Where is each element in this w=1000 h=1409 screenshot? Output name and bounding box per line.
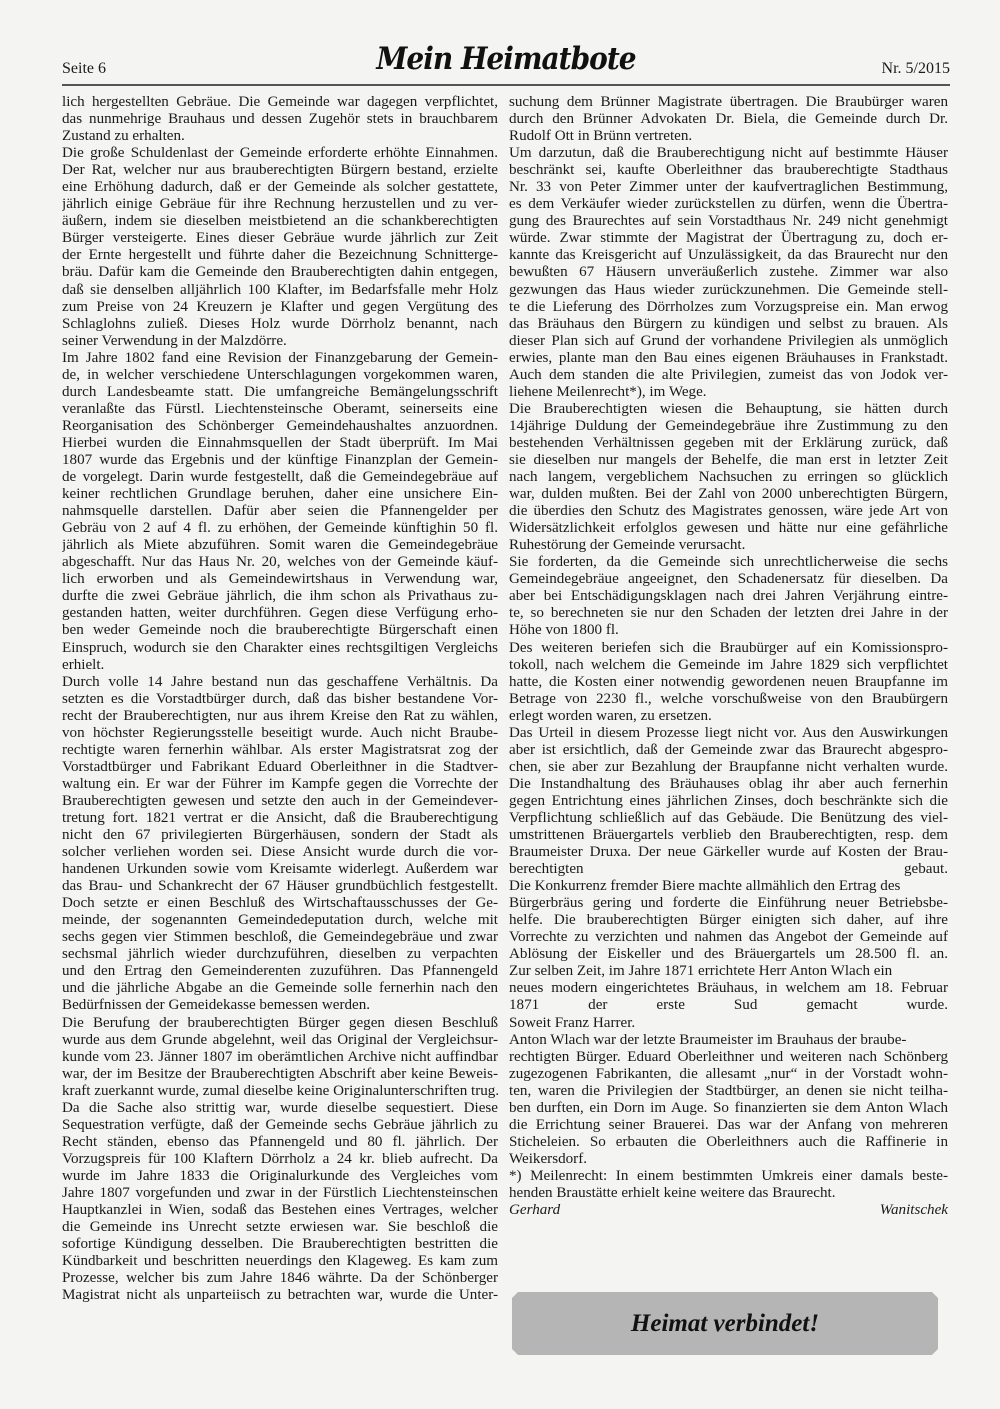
- text-line: Hauptkanzlei in Wien, sodaß das Bestehen…: [62, 1202, 498, 1219]
- text-line: te, so berechneten sie nur den Schaden d…: [509, 605, 948, 622]
- text-line: Doch setzte er einen Beschluß des Wirtsc…: [62, 895, 498, 912]
- text-line: gezwungen das Haus wieder zurückzunehmen…: [509, 282, 948, 299]
- text-line: Einspruch, wodurch sie den Charakter ein…: [62, 640, 498, 657]
- text-line: der Ernte hergestellt und führte daher d…: [62, 247, 498, 264]
- text-line: wurde aus dem Grunde abgelehnt, weil das…: [62, 1032, 498, 1049]
- page-header: Seite 6 Mein Heimatbote Nr. 5/2015: [62, 40, 950, 86]
- text-line: rechtigten Bürger. Eduard Oberleithner u…: [509, 1049, 948, 1066]
- text-line: eine Erhöhung dadurch, daß er der Gemein…: [62, 179, 498, 196]
- text-line: Die große Schuldenlast der Gemeinde erfo…: [62, 145, 498, 162]
- text-line: kannte das Kreisgericht auf Unzulässigke…: [509, 247, 948, 264]
- text-line: Bürger versteigerte. Eines dieser Gebräu…: [62, 230, 498, 247]
- text-line: henden Braustätte erhielt keine weitere …: [509, 1185, 948, 1202]
- text-line: dieser Plan sich auf Grund der vorhanden…: [509, 333, 948, 350]
- text-line: Rudolf Ott in Brünn vertreten.: [509, 128, 948, 145]
- text-line: Prozesse, welcher bis zum Jahre 1846 wäh…: [62, 1270, 498, 1287]
- text-line: waltung ein. Er war der Führer im Kampfe…: [62, 776, 498, 793]
- text-line: die Gemeinde ins Unrecht setzte erwiesen…: [62, 1219, 498, 1236]
- text-line: 1807 wurde das Ergebnis und der künftige…: [62, 452, 498, 469]
- text-line: kraft zuerkannt wurde, zumal dieselbe ke…: [62, 1083, 498, 1100]
- text-line: Schlaglohns zuließ. Dieses Holz wurde Dö…: [62, 316, 498, 333]
- text-line: gung des Braurechtes auf sein Vorstadtha…: [509, 213, 948, 230]
- text-line: Weikersdorf.: [509, 1151, 948, 1168]
- text-line: sie dieselben nur mangels der Behelfe, d…: [509, 452, 948, 469]
- text-line: äußern, indem sie dieselben meistbietend…: [62, 213, 498, 230]
- text-line: ben durften, ein Dorn im Auge. So finanz…: [509, 1100, 948, 1117]
- text-line: Zustand zu erhalten.: [62, 128, 498, 145]
- text-line: keiner rechtlichen Grundlage beruhen, da…: [62, 486, 498, 503]
- text-line: von höchster Regierungsstelle beseitigt …: [62, 725, 498, 742]
- text-line: erhielt.: [62, 657, 498, 674]
- text-line: Recht ständen, ebenso das Pfannengeld un…: [62, 1134, 498, 1151]
- article-column-left: lich hergestellten Gebräue. Die Gemeinde…: [62, 94, 498, 1304]
- masthead-logo: Mein Heimatbote: [62, 40, 950, 76]
- text-line: Gemeindegebräue angeeignet, den Schadene…: [509, 571, 948, 588]
- text-line: durfte die zwei Gebräue jährlich, die ih…: [62, 588, 498, 605]
- text-line: lich erworben und als Gemeindewirtshaus …: [62, 571, 498, 588]
- text-line: ten, waren die Privilegien der Stadtbürg…: [509, 1083, 948, 1100]
- text-line: Betrage von 2230 fl., welche vorschußwei…: [509, 691, 948, 708]
- text-line: Vorstadtbürger und Fabrikant Eduard Ober…: [62, 759, 498, 776]
- text-line: *) Meilenrecht: In einem bestimmten Umkr…: [509, 1168, 948, 1185]
- text-line: Anton Wlach war der letzte Braumeister i…: [509, 1032, 948, 1049]
- slogan-banner: Heimat verbindet!: [512, 1292, 938, 1355]
- text-line: erwies, plante man den Bau eines eigenen…: [509, 350, 948, 367]
- text-line: Brauberechtigten gewesen und setzte den …: [62, 793, 498, 810]
- text-line: umstrittenen Bräuergartels verblieb den …: [509, 827, 948, 844]
- text-line: de vorgelegt. Darin wurde festgestellt, …: [62, 469, 498, 486]
- issue-number: Nr. 5/2015: [882, 60, 950, 78]
- text-line: aber bei Entschädigungsklagen nach drei …: [509, 588, 948, 605]
- text-line: und die jährliche Abgabe an die Gemeinde…: [62, 980, 498, 997]
- text-line: ben weder Gemeinde noch die brauberechti…: [62, 622, 498, 639]
- text-line: durch den Brünner Advokaten Dr. Biela, d…: [509, 111, 948, 128]
- text-line: das Brau- und Schankrecht der 67 Häuser …: [62, 878, 498, 895]
- text-line: war, der im Besitze der Brauberechtigten…: [62, 1066, 498, 1083]
- text-line: erlegt worden waren, zu ersetzen.: [509, 708, 948, 725]
- text-line: Kündbarkeit und beschritten neuerdings d…: [62, 1253, 498, 1270]
- text-line: Bürgerbräus gering und forderte die Einf…: [509, 895, 948, 912]
- text-line: lich hergestellten Gebräue. Die Gemeinde…: [62, 94, 498, 111]
- text-line: neues modern eingerichtetes Bräuhaus, in…: [509, 980, 948, 997]
- text-line: Widersätzlichkeit erfolglos gewesen und …: [509, 520, 948, 537]
- text-line: gegen Entrichtung eines jährlichen Zinse…: [509, 793, 948, 810]
- author-signature: Gerhard Wanitschek: [509, 1202, 948, 1219]
- text-line: Die Brauberechtigten wiesen die Behauptu…: [509, 401, 948, 418]
- text-line: liehene Meilenrecht*), im Wege.: [509, 384, 948, 401]
- text-line: das nunmehrige Brauhaus und dessen Zugeh…: [62, 111, 498, 128]
- text-line: das Bräuhaus den Bürgern zu kündigen und…: [509, 316, 948, 333]
- text-line: handenen Urkunden sowie vom Kreisamte wi…: [62, 861, 498, 878]
- text-line: solcher verliehen worden sei. Diese Ansi…: [62, 844, 498, 861]
- text-line: jährlich als Miete abzuführen. Somit war…: [62, 537, 498, 554]
- text-line: Nr. 33 von Peter Zimmer unter der kaufve…: [509, 179, 948, 196]
- text-line: Durch volle 14 Jahre bestand nun das ges…: [62, 674, 498, 691]
- text-line: Zur selben Zeit, im Jahre 1871 errichtet…: [509, 963, 948, 980]
- text-line: Die Berufung der brauberechtigten Bürger…: [62, 1015, 498, 1032]
- text-line: tokoll, nach welchem die Gemeinde im Jah…: [509, 657, 948, 674]
- text-line: Sticheleien. So erbauten die Oberleithne…: [509, 1134, 948, 1151]
- text-line: suchung dem Brünner Magistrate übertrage…: [509, 94, 948, 111]
- text-line: Um darzutun, daß die Brauberechtigung ni…: [509, 145, 948, 162]
- text-line: und den Ertrag den Gemeinderenten zuzufü…: [62, 963, 498, 980]
- text-line: Gebräu von 2 auf 4 fl. zu erhöhen, der G…: [62, 520, 498, 537]
- text-line: zugezogenen Fabrikanten, die allesamt „n…: [509, 1066, 948, 1083]
- text-line: Sequestration verfügte, daß der Gemeinde…: [62, 1117, 498, 1134]
- text-line: sechs gegen vier Stimmen beschloß, die G…: [62, 929, 498, 946]
- text-line: rechtigte waren fernerhin wählbar. Als e…: [62, 742, 498, 759]
- text-line: würde. Zwar stimmte der Magistrat der Üb…: [509, 230, 948, 247]
- text-line: Braumeister Druxa. Der neue Gärkeller wu…: [509, 844, 948, 861]
- text-line: Die Konkurrenz fremder Biere machte allm…: [509, 878, 948, 895]
- text-line: bewußten 67 Häusern unveräußerlich zuste…: [509, 264, 948, 281]
- text-line: abgeschafft. Nur das Haus Nr. 20, welche…: [62, 554, 498, 571]
- text-line: daß sie denselben alljährlich 100 Klafte…: [62, 282, 498, 299]
- text-line: Soweit Franz Harrer.: [509, 1015, 948, 1032]
- text-line: jährlich einige Gebräue für ihre Rechnun…: [62, 196, 498, 213]
- text-line: es dem Verkäufer wieder zurückstellen zu…: [509, 196, 948, 213]
- text-line: Vorrechte zu verzichten und nahmen das A…: [509, 929, 948, 946]
- text-line: durch Landesbeamte statt. Die umfangreic…: [62, 384, 498, 401]
- text-line: recht der Brauberechtigten, nur aus ihre…: [62, 708, 498, 725]
- text-line: veranlaßte das Fürstl. Liechtensteinsche…: [62, 401, 498, 418]
- text-line: Ruhestörung der Gemeinde verursacht.: [509, 537, 948, 554]
- text-line: sechsmal jährlich wieder durchzuführen, …: [62, 946, 498, 963]
- text-line: te die Lieferung des Dörrholzes zum Vorz…: [509, 299, 948, 316]
- text-line: zum Preise von 24 Kreuzern je Klafter un…: [62, 299, 498, 316]
- text-line: Hierbei wurden die Einnahmsquellen der S…: [62, 435, 498, 452]
- text-line: kunde vom 23. Jänner 1807 im oberämtlich…: [62, 1049, 498, 1066]
- text-line: Im Jahre 1802 fand eine Revision der Fin…: [62, 350, 498, 367]
- text-line: aber ist ersichtlich, daß der Gemeinde z…: [509, 742, 948, 759]
- text-line: war, dulden mußten. Bei der Zahl von 200…: [509, 486, 948, 503]
- text-line: nahmsquelle darstellen. Dafür aber seien…: [62, 503, 498, 520]
- text-line: Der Rat, welcher nur aus brauberechtigte…: [62, 162, 498, 179]
- text-line: Magistrat nicht als unparteiisch zu betr…: [62, 1287, 498, 1304]
- text-line: sofortige Kündigung desselben. Die Braub…: [62, 1236, 498, 1253]
- article-column-right: suchung dem Brünner Magistrate übertrage…: [509, 94, 948, 1219]
- text-line: die Errichtung seiner Brauerei. Das war …: [509, 1117, 948, 1134]
- text-line: Ablösung der Eiskeller und des Bräuergar…: [509, 946, 948, 963]
- text-line: gestanden hatten, weiter durchführen. Ge…: [62, 605, 498, 622]
- text-line: setzten es die Vorstadtbürger durch, daß…: [62, 691, 498, 708]
- text-line: Verpflichtung schließlich auf das Gebäud…: [509, 810, 948, 827]
- text-line: Des weiteren beriefen sich die Braubürge…: [509, 640, 948, 657]
- text-line: 1871 der erste Sud gemacht wurde.: [509, 997, 948, 1014]
- text-line: Reorganisation des Schönberger Gemeindeh…: [62, 418, 498, 435]
- text-line: Auch dem standen die alte Privilegien, z…: [509, 367, 948, 384]
- text-line: Das Urteil in diesem Prozesse liegt nich…: [509, 725, 948, 742]
- text-line: helfe. Die brauberechtigten Bürger einig…: [509, 912, 948, 929]
- text-line: bestehenden Verhältnissen gegeben mit de…: [509, 435, 948, 452]
- text-line: berechtigten gebaut.: [509, 861, 948, 878]
- text-line: seiner Verwendung in der Malzdörre.: [62, 333, 498, 350]
- text-line: Sie forderten, da die Gemeinde sich unre…: [509, 554, 948, 571]
- text-line: chen, sie aber zur Bezahlung der Braupfa…: [509, 759, 948, 776]
- text-line: de, in welcher verschiedene Unterschlagu…: [62, 367, 498, 384]
- text-line: meinde, der sogenannten Gemeindedeputati…: [62, 912, 498, 929]
- text-line: Bedürfnissen der Gemeidekasse bemessen w…: [62, 997, 498, 1014]
- text-line: 14jährige Duldung der Gemeindegebräue ih…: [509, 418, 948, 435]
- text-line: bräu. Dafür kam die Gemeinde den Brauber…: [62, 264, 498, 281]
- text-line: nicht den 67 privilegierten Bürgerhäusen…: [62, 827, 498, 844]
- text-line: wurde im Jahre 1833 die Originalurkunde …: [62, 1168, 498, 1185]
- text-line: tretung fort. 1821 vertrat er die Ansich…: [62, 810, 498, 827]
- slogan-text: Heimat verbindet!: [631, 1310, 819, 1338]
- text-line: die überdies den Schutz des Magistrates …: [509, 503, 948, 520]
- text-line: hatte, die Kosten einer notwendig geword…: [509, 674, 948, 691]
- text-line: Jahre 1807 vorgefunden und zwar in der F…: [62, 1185, 498, 1202]
- text-line: Die Instandhaltung des Bräuhauses oblag …: [509, 776, 948, 793]
- text-line: nach langem, vergeblichem Nachsuchen zu …: [509, 469, 948, 486]
- text-line: Da die Sache also strittig war, wurde di…: [62, 1100, 498, 1117]
- text-line: Vorzugspreis für 100 Klaftern Dörrholz a…: [62, 1151, 498, 1168]
- text-line: beschränkt sei, kaufte Oberleithner das …: [509, 162, 948, 179]
- text-line: Höhe von 1800 fl.: [509, 622, 948, 639]
